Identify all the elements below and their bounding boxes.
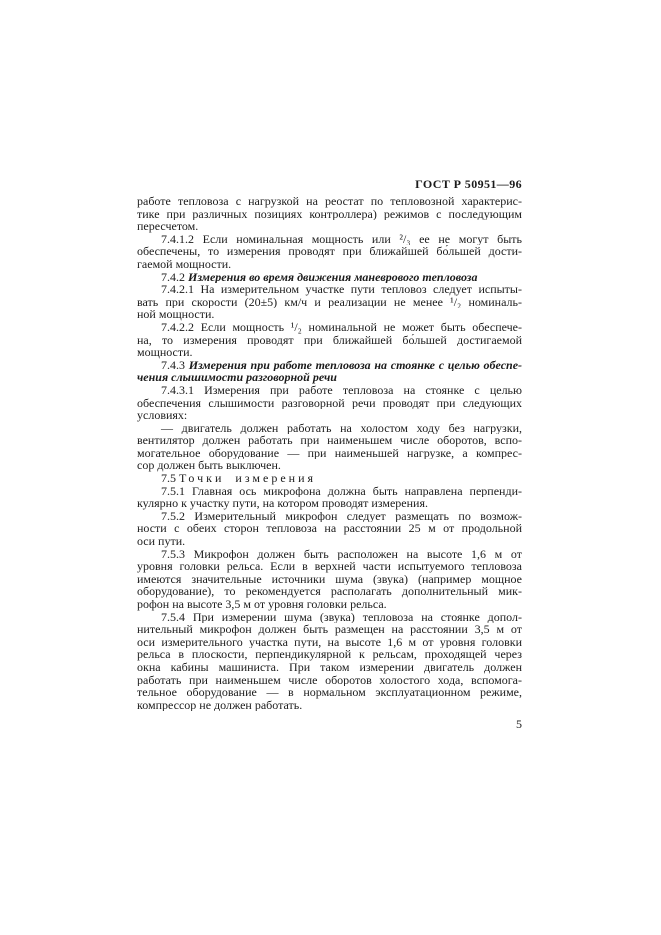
text-line: 7.5.1 Главная ось микрофона должна быть … (137, 485, 522, 498)
text-line: условиях: (137, 409, 522, 422)
text-line: кулярно к участку пути, на котором прово… (137, 497, 522, 510)
paragraph: работе тепловоза с нагрузкой на реостат … (137, 195, 522, 233)
page-number: 5 (137, 717, 522, 732)
paragraph: 7.5.3 Микрофон должен быть расположен на… (137, 548, 522, 611)
text-line: рельса в плоскости, перпендикулярной к р… (137, 648, 522, 661)
text-line: рофон на высоте 3,5 м от уровня головки … (137, 598, 522, 611)
text-line: 7.5 Точки измерения (137, 472, 522, 485)
text-line: 7.5.2 Измерительный микрофон следует раз… (137, 510, 522, 523)
document-body: работе тепловоза с нагрузкой на реостат … (137, 195, 522, 711)
text-line: 7.4.2 Измерения во время движения маневр… (137, 271, 522, 284)
clause-number: 7.4.3 (161, 359, 189, 372)
spaced-heading-text: Точки измерения (179, 472, 316, 485)
document-page: ГОСТ Р 50951—96 работе тепловоза с нагру… (0, 0, 661, 935)
heading-text: Измерения при работе тепловоза на стоянк… (189, 359, 522, 372)
paragraph: 7.5.2 Измерительный микрофон следует раз… (137, 510, 522, 548)
paragraph: 7.5.4 При измерении шума (звука) теплово… (137, 611, 522, 712)
text-line: ности с обеих сторон тепловоза на рассто… (137, 522, 522, 535)
text-line: сор должен быть выключен. (137, 459, 522, 472)
paragraph: 7.4.2.2 Если мощность ¹/₂ номинальной не… (137, 321, 522, 359)
standard-code-header: ГОСТ Р 50951—96 (137, 177, 522, 192)
paragraph: 7.4.1.2 Если номинальная мощность или ²/… (137, 233, 522, 271)
text-line: на, то измерения проводят при ближайшей … (137, 334, 522, 347)
paragraph: 7.5.1 Главная ось микрофона должна быть … (137, 485, 522, 510)
paragraph: — двигатель должен работать на холостом … (137, 422, 522, 472)
text-line: оси пути. (137, 535, 522, 548)
heading-text: Измерения во время движения маневрового … (188, 271, 477, 284)
text-line: окна кабины машиниста. При таком измерен… (137, 661, 522, 674)
text-line: тельное оборудование — в нормальном эксп… (137, 686, 522, 699)
text-line: ной мощности. (137, 308, 522, 321)
text-line: обеспечены, то измерения проводят при бл… (137, 245, 522, 258)
text-line: 7.4.3 Измерения при работе тепловоза на … (137, 359, 522, 372)
paragraph: 7.4.3.1 Измерения при работе тепловоза н… (137, 384, 522, 422)
text-line: работе тепловоза с нагрузкой на реостат … (137, 195, 522, 208)
text-line: вать при скорости (20±5) км/ч и реализац… (137, 296, 522, 309)
text-line: оси измерительного участка пути, на высо… (137, 636, 522, 649)
paragraph: 7.4.2.1 На измерительном участке пути те… (137, 283, 522, 321)
text-line: 7.5.4 При измерении шума (звука) теплово… (137, 611, 522, 624)
section-heading: 7.4.2 Измерения во время движения маневр… (137, 271, 522, 284)
text-line: 7.4.2.1 На измерительном участке пути те… (137, 283, 522, 296)
text-line: — двигатель должен работать на холостом … (137, 422, 522, 435)
section-heading: 7.5 Точки измерения (137, 472, 522, 485)
text-line: компрессор не должен работать. (137, 699, 522, 712)
text-line: уровня головки рельса. Если в верхней ча… (137, 560, 522, 573)
text-line: оборудование), то рекомендуется располаг… (137, 585, 522, 598)
text-line: 7.5.3 Микрофон должен быть расположен на… (137, 548, 522, 561)
text-line: могательное оборудование — при наименьше… (137, 447, 522, 460)
clause-number: 7.5 (161, 472, 179, 485)
heading-text: чения слышимости разговорной речи (137, 371, 337, 384)
text-line: 7.4.3.1 Измерения при работе тепловоза н… (137, 384, 522, 397)
text-line: имеются значительные источники шума (зву… (137, 573, 522, 586)
text-line: гаемой мощности. (137, 258, 522, 271)
text-line: вентилятор должен работать при наименьше… (137, 434, 522, 447)
text-line: мощности. (137, 346, 522, 359)
text-line: пересчетом. (137, 220, 522, 233)
text-line: 7.4.2.2 Если мощность ¹/₂ номинальной не… (137, 321, 522, 334)
text-line: чения слышимости разговорной речи (137, 371, 522, 384)
text-line: нительный микрофон должен быть размещен … (137, 623, 522, 636)
text-line: 7.4.1.2 Если номинальная мощность или ²/… (137, 233, 522, 246)
text-line: тике при различных позициях контроллера)… (137, 208, 522, 221)
section-heading: 7.4.3 Измерения при работе тепловоза на … (137, 359, 522, 384)
clause-number: 7.4.2 (161, 271, 188, 284)
text-line: работать при наименьшем числе оборотов х… (137, 674, 522, 687)
text-line: обеспечения слышимости разговорной речи … (137, 397, 522, 410)
